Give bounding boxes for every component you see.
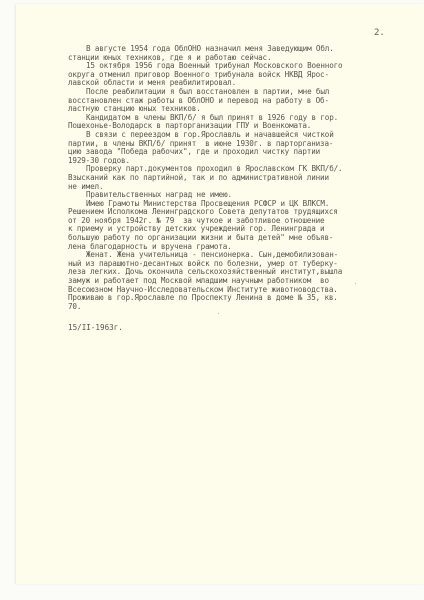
page-number: 2.	[374, 28, 385, 38]
text-line: Проживаю в гор.Ярославле по Проспекту Ле…	[68, 294, 420, 303]
text-line: 70.	[68, 303, 420, 312]
document-date: 15/II-1963г.	[68, 323, 123, 332]
scanned-page: 2. В августе 1954 года ОблОНО назначил м…	[0, 0, 424, 600]
paper-speck	[355, 283, 356, 284]
paper-speck	[218, 313, 219, 314]
text-line: Взысканий как по партийной, так и по адм…	[68, 174, 420, 183]
typewritten-body: В августе 1954 года ОблОНО назначил меня…	[68, 45, 420, 311]
